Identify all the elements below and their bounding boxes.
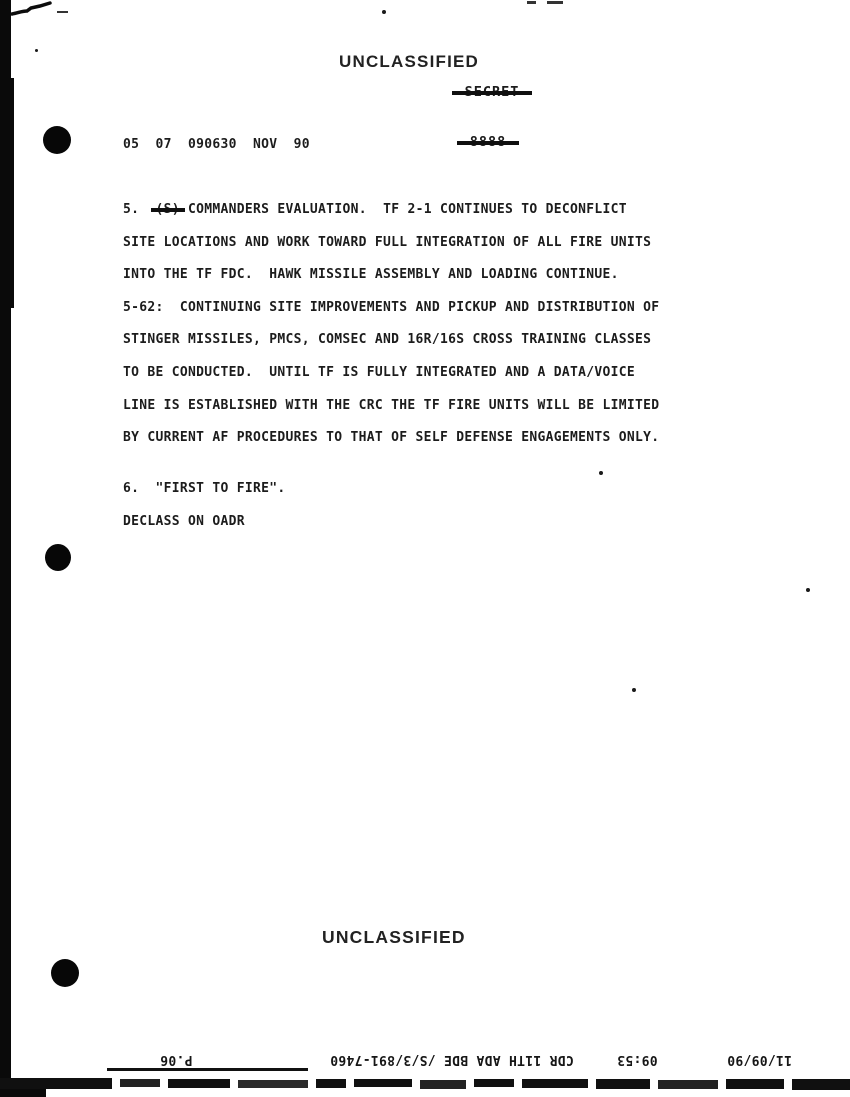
fax-underline (107, 1068, 308, 1071)
hole-punch (45, 544, 71, 571)
secret-stamp-struck: SECRET (447, 86, 537, 100)
paragraph-6: 6. "FIRST TO FIRE". DECLASS ON OADR (123, 473, 286, 538)
paragraph-6-text: 6. "FIRST TO FIRE". (123, 473, 286, 506)
code-stamp-text: 8888 (470, 136, 507, 150)
scan-dash-mark (547, 1, 563, 4)
declass-line: DECLASS ON OADR (123, 506, 286, 539)
scan-speck (599, 471, 603, 475)
paragraph-5-line-5: STINGER MISSILES, PMCS, COMSEC AND 16R/1… (123, 324, 659, 357)
hole-punch (43, 126, 71, 154)
scan-edge-strip (0, 78, 14, 308)
unclassified-header: UNCLASSIFIED (339, 53, 479, 70)
date-time-group: 05 07 090630 NOV 90 (123, 138, 310, 151)
scan-speck (632, 688, 636, 692)
paragraph-5-line-7: LINE IS ESTABLISHED WITH THE CRC THE TF … (123, 390, 659, 423)
paragraph-5-line-8: BY CURRENT AF PROCEDURES TO THAT OF SELF… (123, 422, 659, 455)
paragraph-5-line-6: TO BE CONDUCTED. UNTIL TF IS FULLY INTEG… (123, 357, 659, 390)
fax-time: 09:53 (617, 1053, 658, 1066)
fax-page-number: P.06 (160, 1053, 193, 1066)
unclassified-footer: UNCLASSIFIED (322, 929, 466, 947)
hole-punch (51, 959, 79, 987)
struck-classification-marker: (S) (156, 194, 180, 227)
scan-dash-mark (57, 11, 68, 13)
scan-speck (35, 49, 38, 52)
paragraph-5: 5. (S) COMMANDERS EVALUATION. TF 2-1 CON… (123, 194, 659, 455)
paragraph-5-line-1-text: COMMANDERS EVALUATION. TF 2-1 CONTINUES … (180, 202, 627, 217)
fax-sender-line: CDR 11TH ADA BDE /S/3/891-7460 (330, 1053, 574, 1066)
scanned-document-page: UNCLASSIFIED SECRET 05 07 090630 NOV 90 … (0, 0, 850, 1097)
scan-artifact-band (0, 1078, 850, 1096)
paragraph-5-line-2: SITE LOCATIONS AND WORK TOWARD FULL INTE… (123, 227, 659, 260)
paragraph-5-line-1: 5. (S) COMMANDERS EVALUATION. TF 2-1 CON… (123, 194, 659, 227)
code-stamp-struck: 8888 (436, 136, 540, 150)
scan-dash-mark (527, 1, 536, 4)
scan-speck (806, 588, 810, 592)
paragraph-5-line-3: INTO THE TF FDC. HAWK MISSILE ASSEMBLY A… (123, 259, 659, 292)
fax-date: 11/09/90 (727, 1053, 792, 1066)
secret-stamp-text: SECRET (465, 86, 520, 100)
paragraph-5-line-4: 5-62: CONTINUING SITE IMPROVEMENTS AND P… (123, 292, 659, 325)
scan-speck (382, 10, 386, 14)
